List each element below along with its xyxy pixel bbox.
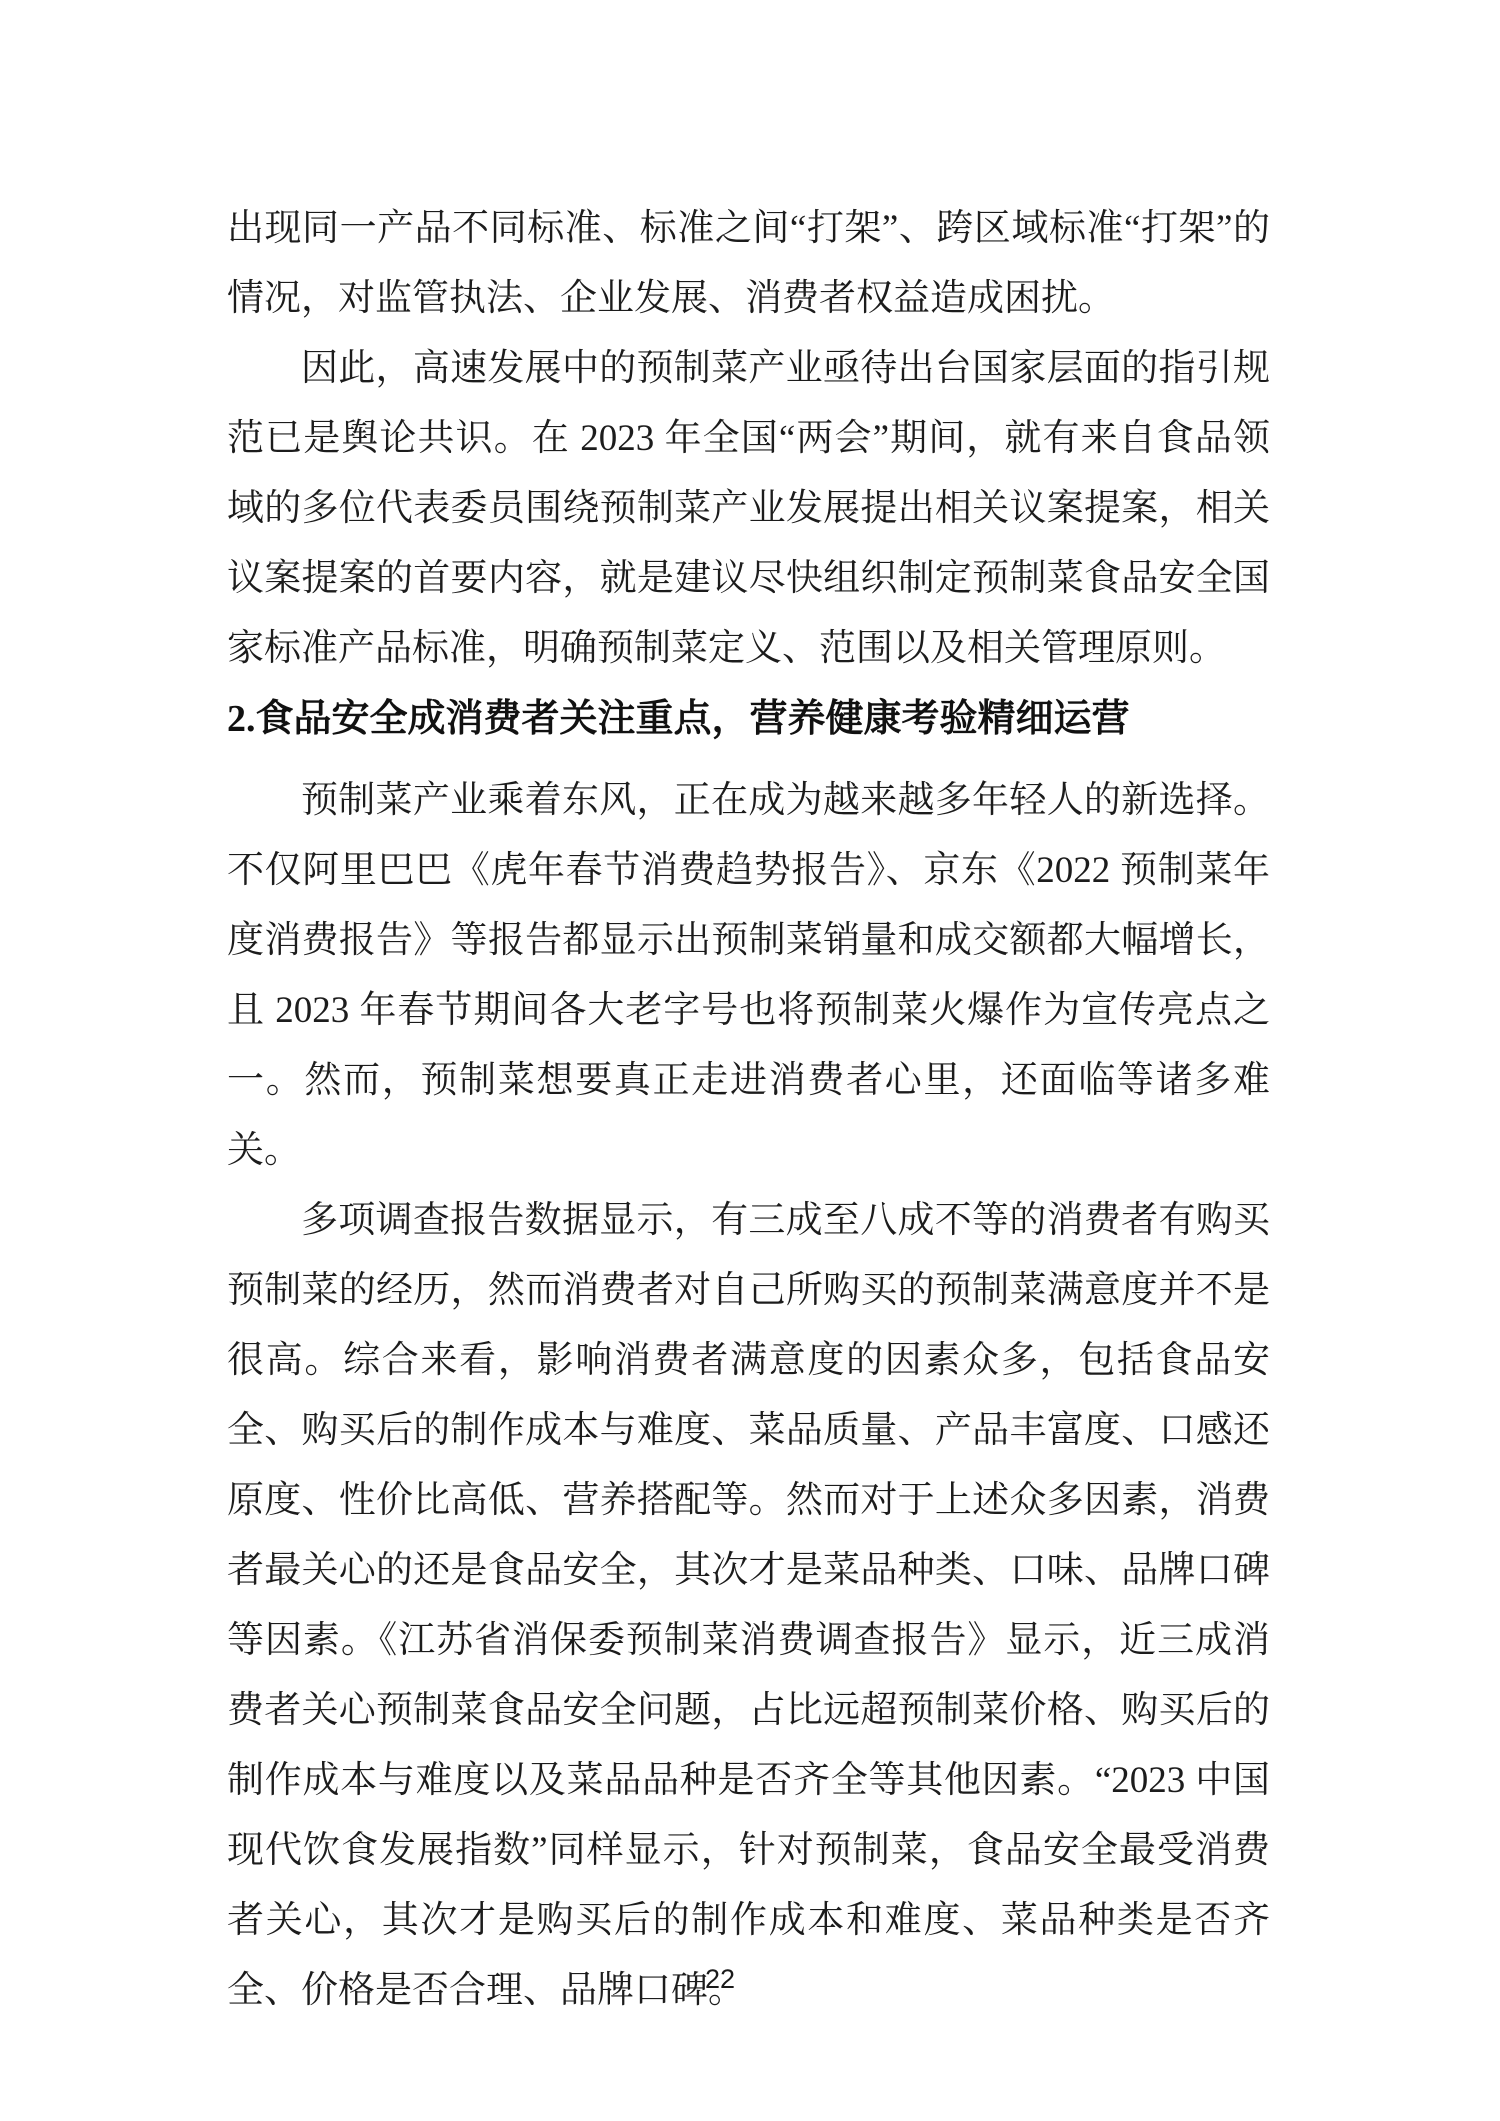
paragraph: 因此，高速发展中的预制菜产业亟待出台国家层面的指引规范已是舆论共识。在 2023… (227, 334, 1270, 684)
section-heading: 2.食品安全成消费者关注重点，营养健康考验精细运营 (227, 684, 1270, 754)
paragraph: 预制菜产业乘着东风，正在成为越来越多年轻人的新选择。不仅阿里巴巴《虎年春节消费趋… (227, 766, 1270, 1186)
document-page: 出现同一产品不同标准、标准之间“打架”、跨区域标准“打架”的情况，对监管执法、企… (0, 0, 1500, 2121)
document-body: 出现同一产品不同标准、标准之间“打架”、跨区域标准“打架”的情况，对监管执法、企… (227, 194, 1270, 2026)
paragraph: 多项调查报告数据显示，有三成至八成不等的消费者有购买预制菜的经历，然而消费者对自… (227, 1186, 1270, 2026)
paragraph: 出现同一产品不同标准、标准之间“打架”、跨区域标准“打架”的情况，对监管执法、企… (227, 194, 1270, 334)
page-number: 22 (0, 1964, 1440, 1995)
